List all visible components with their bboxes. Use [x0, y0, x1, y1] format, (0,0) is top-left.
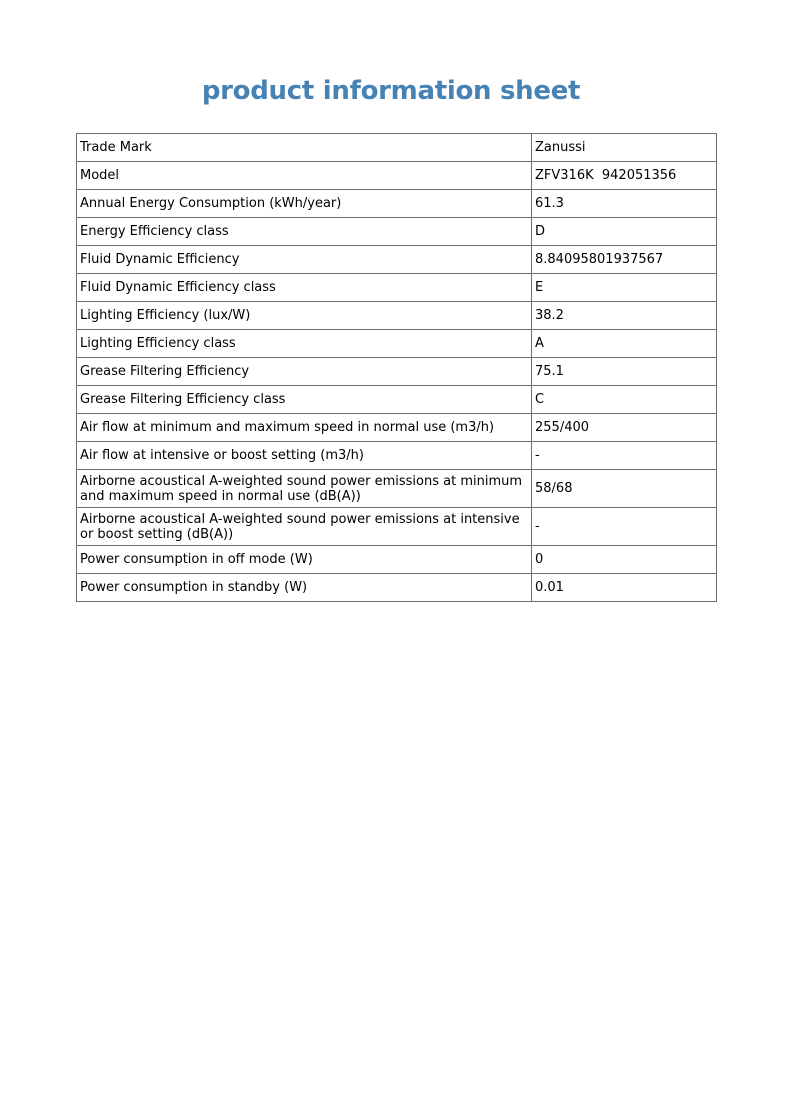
row-value: 8.84095801937567: [532, 246, 717, 274]
row-value: -: [532, 442, 717, 470]
row-value: 38.2: [532, 302, 717, 330]
table-row: Fluid Dynamic Efficiency class E: [77, 274, 717, 302]
table-row: Annual Energy Consumption (kWh/year) 61.…: [77, 190, 717, 218]
table-row: Grease Filtering Efficiency 75.1: [77, 358, 717, 386]
row-label: Power consumption in off mode (W): [77, 546, 532, 574]
row-value: Zanussi: [532, 134, 717, 162]
row-label: Airborne acoustical A-weighted sound pow…: [77, 508, 532, 546]
row-value: D: [532, 218, 717, 246]
row-label: Fluid Dynamic Efficiency class: [77, 274, 532, 302]
row-label: Fluid Dynamic Efficiency: [77, 246, 532, 274]
row-value: -: [532, 508, 717, 546]
table-row: Lighting Efficiency class A: [77, 330, 717, 358]
row-label: Energy Efficiency class: [77, 218, 532, 246]
row-label: Lighting Efficiency class: [77, 330, 532, 358]
table-row: Fluid Dynamic Efficiency 8.8409580193756…: [77, 246, 717, 274]
row-value: 58/68: [532, 470, 717, 508]
row-value: 0.01: [532, 574, 717, 602]
row-label: Trade Mark: [77, 134, 532, 162]
product-info-table: Trade Mark Zanussi Model ZFV316K 9420513…: [76, 133, 717, 602]
table-row: Power consumption in standby (W) 0.01: [77, 574, 717, 602]
row-value: ZFV316K 942051356: [532, 162, 717, 190]
table-row: Airborne acoustical A-weighted sound pow…: [77, 470, 717, 508]
row-value: 0: [532, 546, 717, 574]
row-label: Air flow at intensive or boost setting (…: [77, 442, 532, 470]
table-row: Air flow at intensive or boost setting (…: [77, 442, 717, 470]
row-label: Model: [77, 162, 532, 190]
row-label: Grease Filtering Efficiency: [77, 358, 532, 386]
table-row: Lighting Efficiency (lux/W) 38.2: [77, 302, 717, 330]
row-label: Lighting Efficiency (lux/W): [77, 302, 532, 330]
row-value: 255/400: [532, 414, 717, 442]
row-value: 61.3: [532, 190, 717, 218]
row-label: Air flow at minimum and maximum speed in…: [77, 414, 532, 442]
table-row: Grease Filtering Efficiency class C: [77, 386, 717, 414]
table-row: Energy Efficiency class D: [77, 218, 717, 246]
table-row: Power consumption in off mode (W) 0: [77, 546, 717, 574]
row-label: Airborne acoustical A-weighted sound pow…: [77, 470, 532, 508]
row-value: E: [532, 274, 717, 302]
table-row: Model ZFV316K 942051356: [77, 162, 717, 190]
table-row: Air flow at minimum and maximum speed in…: [77, 414, 717, 442]
row-value: 75.1: [532, 358, 717, 386]
row-value: A: [532, 330, 717, 358]
table-row: Trade Mark Zanussi: [77, 134, 717, 162]
row-label: Grease Filtering Efficiency class: [77, 386, 532, 414]
row-label: Power consumption in standby (W): [77, 574, 532, 602]
row-label: Annual Energy Consumption (kWh/year): [77, 190, 532, 218]
row-value: C: [532, 386, 717, 414]
table-row: Airborne acoustical A-weighted sound pow…: [77, 508, 717, 546]
page-title: product information sheet: [0, 76, 782, 106]
